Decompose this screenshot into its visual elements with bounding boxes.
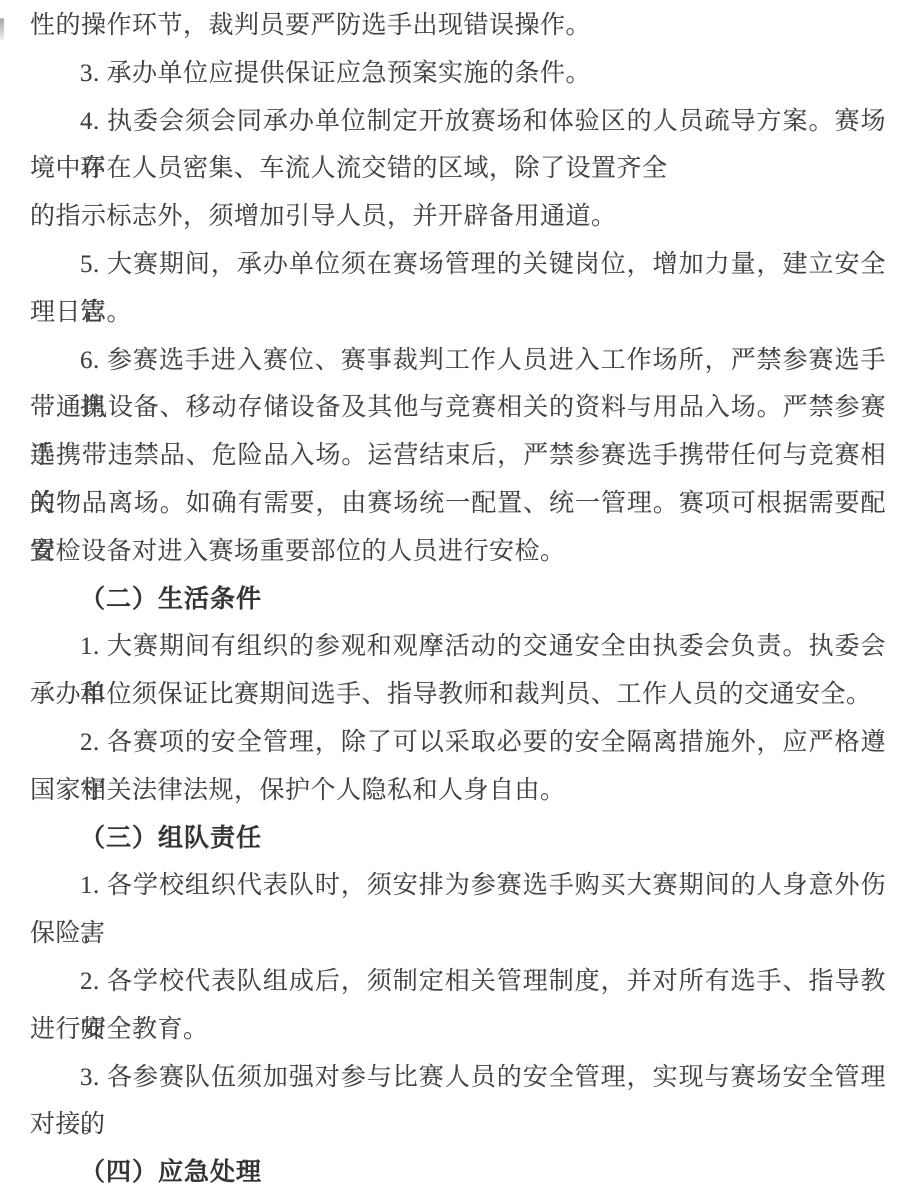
- text-line: 带通讯设备、移动存储设备及其他与竞赛相关的资料与用品入场。严禁参赛选: [30, 384, 886, 432]
- text-line: 4. 执委会须会同承办单位制定开放赛场和体验区的人员疏导方案。赛场环: [30, 98, 886, 146]
- text-line: 3. 各参赛队伍须加强对参与比赛人员的安全管理，实现与赛场安全管理的: [30, 1054, 886, 1102]
- text-line: 5. 大赛期间，承办单位须在赛场管理的关键岗位，增加力量，建立安全管: [30, 241, 886, 289]
- text-line: 手携带违禁品、危险品入场。运营结束后，严禁参赛选手携带任何与竞赛相关: [30, 432, 886, 480]
- document-page: 性的操作环节，裁判员要严防选手出现错误操作。 3. 承办单位应提供保证应急预案实…: [0, 0, 916, 1200]
- text-line: 的指示标志外，须增加引导人员，并开辟备用通道。: [30, 193, 886, 241]
- text-line: 1. 各学校组织代表队时，须安排为参赛选手购买大赛期间的人身意外伤害: [30, 862, 886, 910]
- document-text-block: 性的操作环节，裁判员要严防选手出现错误操作。 3. 承办单位应提供保证应急预案实…: [30, 2, 886, 1197]
- text-line: 承办单位须保证比赛期间选手、指导教师和裁判员、工作人员的交通安全。: [30, 671, 886, 719]
- text-line: 安检设备对进入赛场重要部位的人员进行安检。: [30, 528, 886, 576]
- section-heading-emergency-handling: （四）应急处理: [30, 1149, 886, 1197]
- section-heading-team-responsibility: （三）组队责任: [30, 815, 886, 863]
- text-line: 2. 各赛项的安全管理，除了可以采取必要的安全隔离措施外，应严格遵守: [30, 719, 886, 767]
- text-line: 6. 参赛选手进入赛位、赛事裁判工作人员进入工作场所，严禁参赛选手携: [30, 337, 886, 385]
- text-line: 2. 各学校代表队组成后，须制定相关管理制度，并对所有选手、指导教师: [30, 958, 886, 1006]
- text-line: 国家相关法律法规，保护个人隐私和人身自由。: [30, 767, 886, 815]
- text-line: 的物品离场。如确有需要，由赛场统一配置、统一管理。赛项可根据需要配置: [30, 480, 886, 528]
- text-line: 3. 承办单位应提供保证应急预案实施的条件。: [30, 50, 886, 98]
- text-line: 1. 大赛期间有组织的参观和观摩活动的交通安全由执委会负责。执委会和: [30, 623, 886, 671]
- text-line: 对接。: [30, 1101, 886, 1149]
- text-line: 进行安全教育。: [30, 1006, 886, 1054]
- text-line: 境中存在人员密集、车流人流交错的区域，除了设置齐全: [30, 145, 886, 193]
- text-line: 性的操作环节，裁判员要严防选手出现错误操作。: [30, 2, 886, 50]
- text-line: 保险。: [30, 910, 886, 958]
- scan-smudge-artifact: [0, 18, 4, 40]
- section-heading-living-conditions: （二）生活条件: [30, 576, 886, 624]
- text-line: 理日志。: [30, 289, 886, 337]
